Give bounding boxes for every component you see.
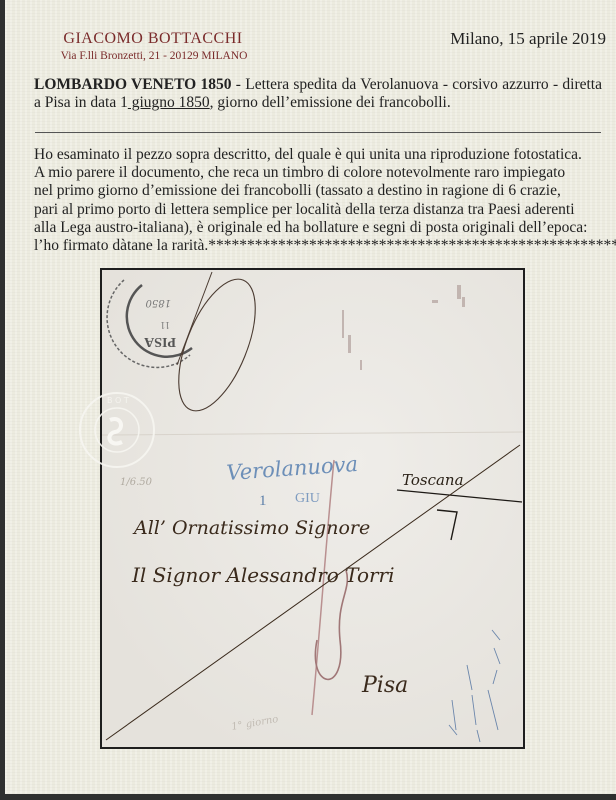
svg-text:B O T: B O T — [107, 396, 129, 405]
letter-photo: 1850 11 PISA Verolanuova 1 GIU 1/6.50 To… — [100, 268, 525, 749]
postmark-year: 1850 — [145, 297, 171, 308]
route-mark: Toscana — [402, 471, 464, 489]
pencil-note: 1° giorno — [231, 714, 280, 733]
subject-text-2: , giorno dell’emissione dei francobolli. — [210, 94, 451, 111]
destination: Pisa — [361, 673, 408, 698]
svg-text:GIU: GIU — [295, 491, 320, 506]
certificate-body: Ho esaminato il pezzo sopra descritto, d… — [34, 146, 604, 255]
subject-description: LOMBARDO VENETO 1850 - Lettera spedita d… — [34, 76, 602, 112]
embossed-seal: B O T — [77, 390, 157, 470]
certificate-line: alla Lega austro-italiana), è originale … — [34, 219, 604, 237]
address-line-1: All’ Ornatissimo Signore — [132, 517, 370, 539]
certificate-line: pari al primo porto di lettera semplice … — [34, 201, 604, 219]
verolanuova-cancel: Verolanuova 1 GIU — [226, 452, 359, 509]
company-name: GIACOMO BOTTACCHI — [48, 30, 258, 48]
certificate-line: nel primo giorno d’emissione dei francob… — [34, 182, 604, 200]
divider — [35, 132, 601, 133]
certificate-date: Milano, 15 aprile 2019 — [450, 29, 606, 49]
certificate-line: A mio parere il documento, che reca un t… — [34, 164, 604, 182]
certificate-line: l’ho firmato dàtane la rarità.**********… — [34, 237, 604, 255]
address-line-2: Il Signor Alessandro Torri — [131, 563, 395, 587]
postmark-day: 11 — [160, 319, 170, 330]
pencil-note-left: 1/6.50 — [120, 477, 153, 488]
certificate-line: Ho esaminato il pezzo sopra descritto, d… — [34, 146, 604, 164]
svg-text:1: 1 — [259, 493, 267, 509]
pisa-postmark: 1850 11 PISA — [107, 280, 192, 367]
company-address: Via F.lli Bronzetti, 21 - 20129 MILANO — [39, 50, 269, 62]
subject-date-underlined: giugno 1850 — [128, 94, 210, 111]
subject-title: LOMBARDO VENETO 1850 — [34, 76, 231, 93]
postmark-city: PISA — [143, 334, 176, 349]
svg-text:Verolanuova: Verolanuova — [226, 452, 359, 485]
